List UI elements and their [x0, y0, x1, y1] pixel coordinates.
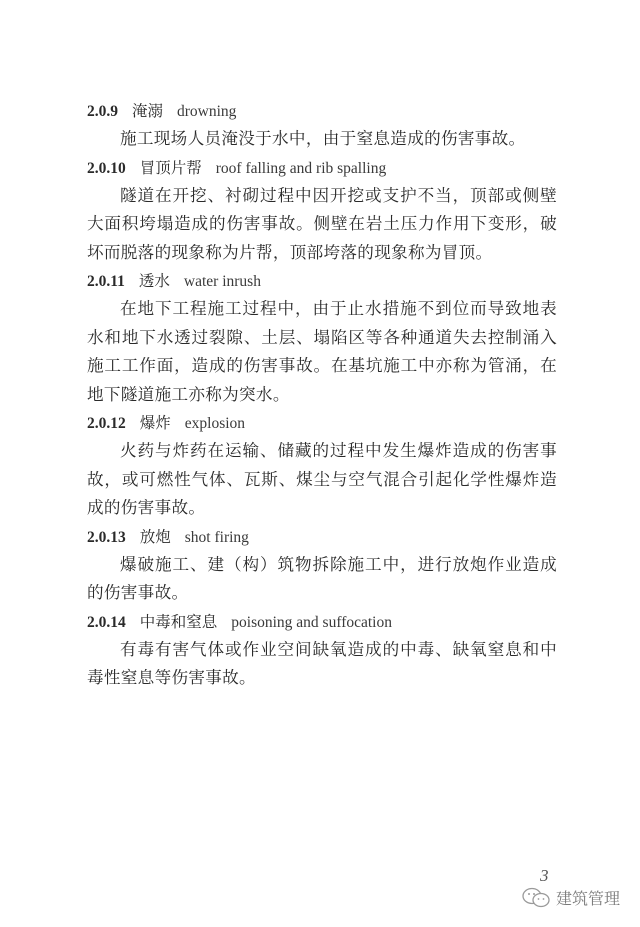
entry-2-0-9: 2.0.9淹溺drowning 施工现场人员淹没于水中，由于窒息造成的伤害事故。: [87, 97, 557, 154]
entry-number: 2.0.14: [87, 609, 126, 637]
entry-2-0-12: 2.0.12爆炸explosion 火药与炸药在运输、储藏的过程中发生爆炸造成的…: [87, 409, 557, 523]
term-english: explosion: [185, 415, 245, 432]
document-page: 2.0.9淹溺drowning 施工现场人员淹没于水中，由于窒息造成的伤害事故。…: [87, 97, 557, 693]
term-english: water inrush: [184, 273, 261, 290]
entry-heading: 2.0.12爆炸explosion: [87, 409, 557, 437]
term-english: drowning: [177, 103, 236, 120]
page-number: 3: [540, 866, 549, 886]
entry-2-0-11: 2.0.11透水water inrush 在地下工程施工过程中，由于止水措施不到…: [87, 267, 557, 409]
entry-heading: 2.0.11透水water inrush: [87, 267, 557, 295]
entry-definition: 在地下工程施工过程中，由于止水措施不到位而导致地表水和地下水透过裂隙、土层、塌陷…: [87, 295, 557, 409]
term-english: shot firing: [185, 529, 249, 546]
entry-definition: 施工现场人员淹没于水中，由于窒息造成的伤害事故。: [87, 125, 557, 154]
entry-2-0-10: 2.0.10冒顶片帮roof falling and rib spalling …: [87, 154, 557, 268]
entry-definition: 爆破施工、建（构）筑物拆除施工中，进行放炮作业造成的伤害事故。: [87, 551, 557, 608]
entry-number: 2.0.11: [87, 268, 125, 296]
entry-heading: 2.0.13放炮shot firing: [87, 523, 557, 551]
watermark: 建筑管理: [522, 886, 620, 909]
term-chinese: 透水: [139, 267, 170, 295]
entry-heading: 2.0.14中毒和窒息poisoning and suffocation: [87, 608, 557, 636]
entry-definition: 火药与炸药在运输、储藏的过程中发生爆炸造成的伤害事故，或可燃性气体、瓦斯、煤尘与…: [87, 437, 557, 523]
term-chinese: 中毒和窒息: [140, 608, 218, 636]
term-chinese: 淹溺: [132, 97, 163, 125]
entry-2-0-13: 2.0.13放炮shot firing 爆破施工、建（构）筑物拆除施工中，进行放…: [87, 523, 557, 608]
entry-2-0-14: 2.0.14中毒和窒息poisoning and suffocation 有毒有…: [87, 608, 557, 693]
entry-heading: 2.0.10冒顶片帮roof falling and rib spalling: [87, 154, 557, 182]
entry-heading: 2.0.9淹溺drowning: [87, 97, 557, 125]
entry-number: 2.0.10: [87, 155, 126, 183]
entry-definition: 有毒有害气体或作业空间缺氧造成的中毒、缺氧窒息和中毒性窒息等伤害事故。: [87, 636, 557, 693]
entry-number: 2.0.13: [87, 524, 126, 552]
term-english: roof falling and rib spalling: [216, 160, 386, 177]
term-chinese: 冒顶片帮: [140, 154, 202, 182]
term-english: poisoning and suffocation: [231, 614, 392, 631]
term-chinese: 爆炸: [140, 409, 171, 437]
wechat-icon: [522, 887, 552, 909]
watermark-text: 建筑管理: [556, 886, 620, 909]
entry-number: 2.0.9: [87, 98, 118, 126]
entry-definition: 隧道在开挖、衬砌过程中因开挖或支护不当，顶部或侧壁大面积垮塌造成的伤害事故。侧壁…: [87, 182, 557, 268]
entry-number: 2.0.12: [87, 410, 126, 438]
term-chinese: 放炮: [140, 523, 171, 551]
